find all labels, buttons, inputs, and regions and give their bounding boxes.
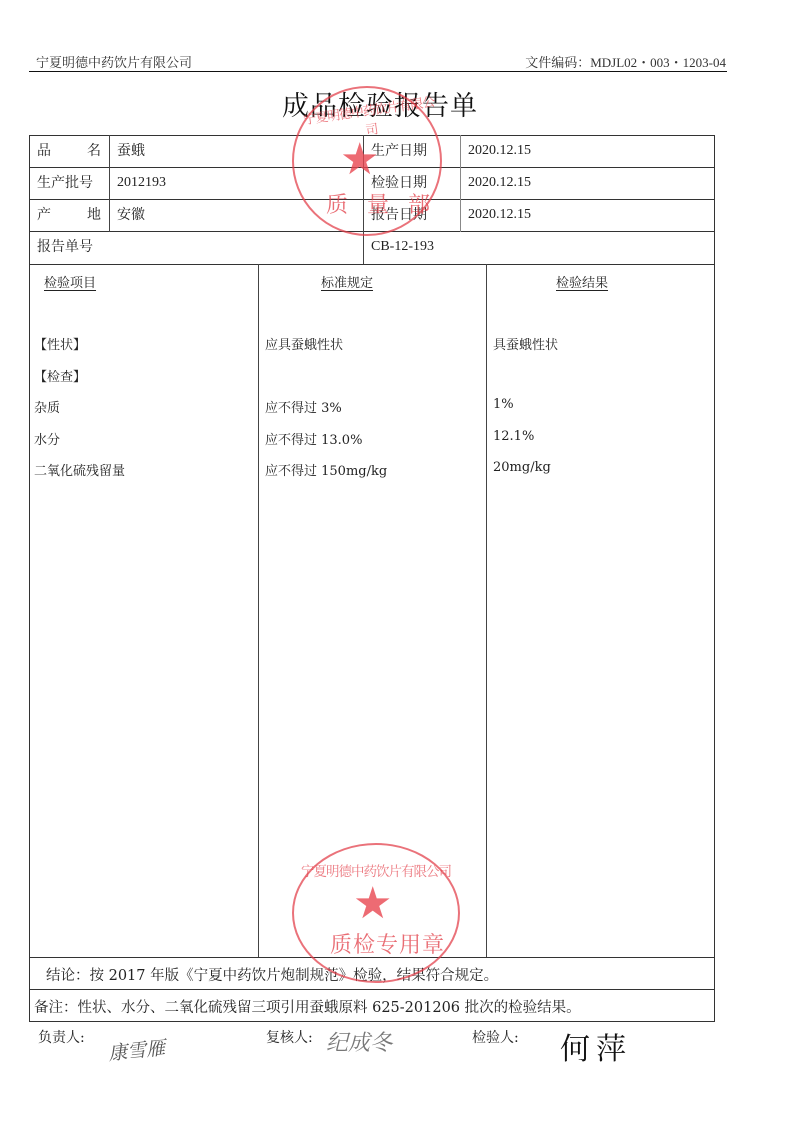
star-icon: ★: [340, 138, 379, 182]
origin-value: 安徽: [109, 199, 145, 231]
header-divider: [29, 71, 727, 72]
item-cell: 杂质: [34, 397, 60, 416]
product-name-label: 品名: [29, 135, 109, 167]
column-header-result: 检验结果: [556, 272, 608, 291]
reviewer-signature: 纪成冬: [326, 1026, 392, 1057]
standard-cell: 应不得过 3%: [265, 397, 342, 416]
reviewer-label: 复核人:: [266, 1027, 313, 1047]
company-name: 宁夏明德中药饮片有限公司: [36, 52, 192, 71]
stamp-arc-text: 宁夏明德中药饮片有限公司: [300, 860, 452, 880]
responsible-signature: 康雪雁: [107, 1033, 167, 1066]
inspection-date-value: 2020.12.15: [460, 167, 531, 199]
label-char: 名: [87, 135, 101, 167]
production-date-value: 2020.12.15: [460, 135, 531, 167]
stamp-center-text: 质检专用章: [330, 928, 445, 959]
column-header-item: 检验项目: [44, 272, 96, 291]
result-cell: 1%: [493, 397, 514, 412]
inspector-label: 检验人:: [472, 1027, 519, 1047]
star-icon: ★: [353, 882, 392, 926]
report-no-value: CB-12-193: [363, 231, 434, 263]
product-name-value: 蚕蛾: [109, 135, 145, 167]
responsible-label: 负责人:: [38, 1027, 85, 1047]
item-cell: 【性状】: [34, 334, 86, 353]
standard-cell: 应具蚕蛾性状: [265, 334, 343, 353]
item-cell: 水分: [34, 429, 60, 448]
inspector-signature: 何萍: [560, 1024, 632, 1068]
stamp-center-text: 质 量 部: [326, 188, 436, 219]
item-cell: 【检查】: [34, 366, 86, 385]
col-divider: [486, 264, 487, 957]
label-char: 品: [37, 135, 51, 167]
standard-cell: 应不得过 13.0%: [265, 429, 362, 448]
standard-cell: 应不得过 150mg/kg: [265, 460, 387, 479]
remarks-text: 备注：性状、水分、二氧化硫残留三项引用蚕蛾原料 625-201206 批次的检验…: [34, 996, 581, 1017]
origin-label: 产地: [29, 199, 109, 231]
col-divider: [258, 264, 259, 957]
report-date-value: 2020.12.15: [460, 199, 531, 231]
conclusion-text: 结论：按 2017 年版《宁夏中药饮片炮制规范》检验，结果符合规定。: [46, 964, 498, 985]
result-cell: 具蚕蛾性状: [493, 334, 558, 353]
remarks-divider: [29, 989, 715, 990]
report-no-label: 报告单号: [29, 231, 93, 263]
label-char: 地: [87, 199, 101, 231]
result-cell: 12.1%: [493, 429, 534, 444]
batch-label: 生产批号: [29, 167, 93, 199]
label-char: 产: [37, 199, 51, 231]
column-header-standard: 标准规定: [321, 272, 373, 291]
result-cell: 20mg/kg: [493, 460, 551, 475]
document-code: 文件编码：MDJL02・003・1203-04: [525, 52, 726, 71]
item-cell: 二氧化硫残留量: [34, 460, 125, 479]
batch-value: 2012193: [109, 167, 166, 199]
